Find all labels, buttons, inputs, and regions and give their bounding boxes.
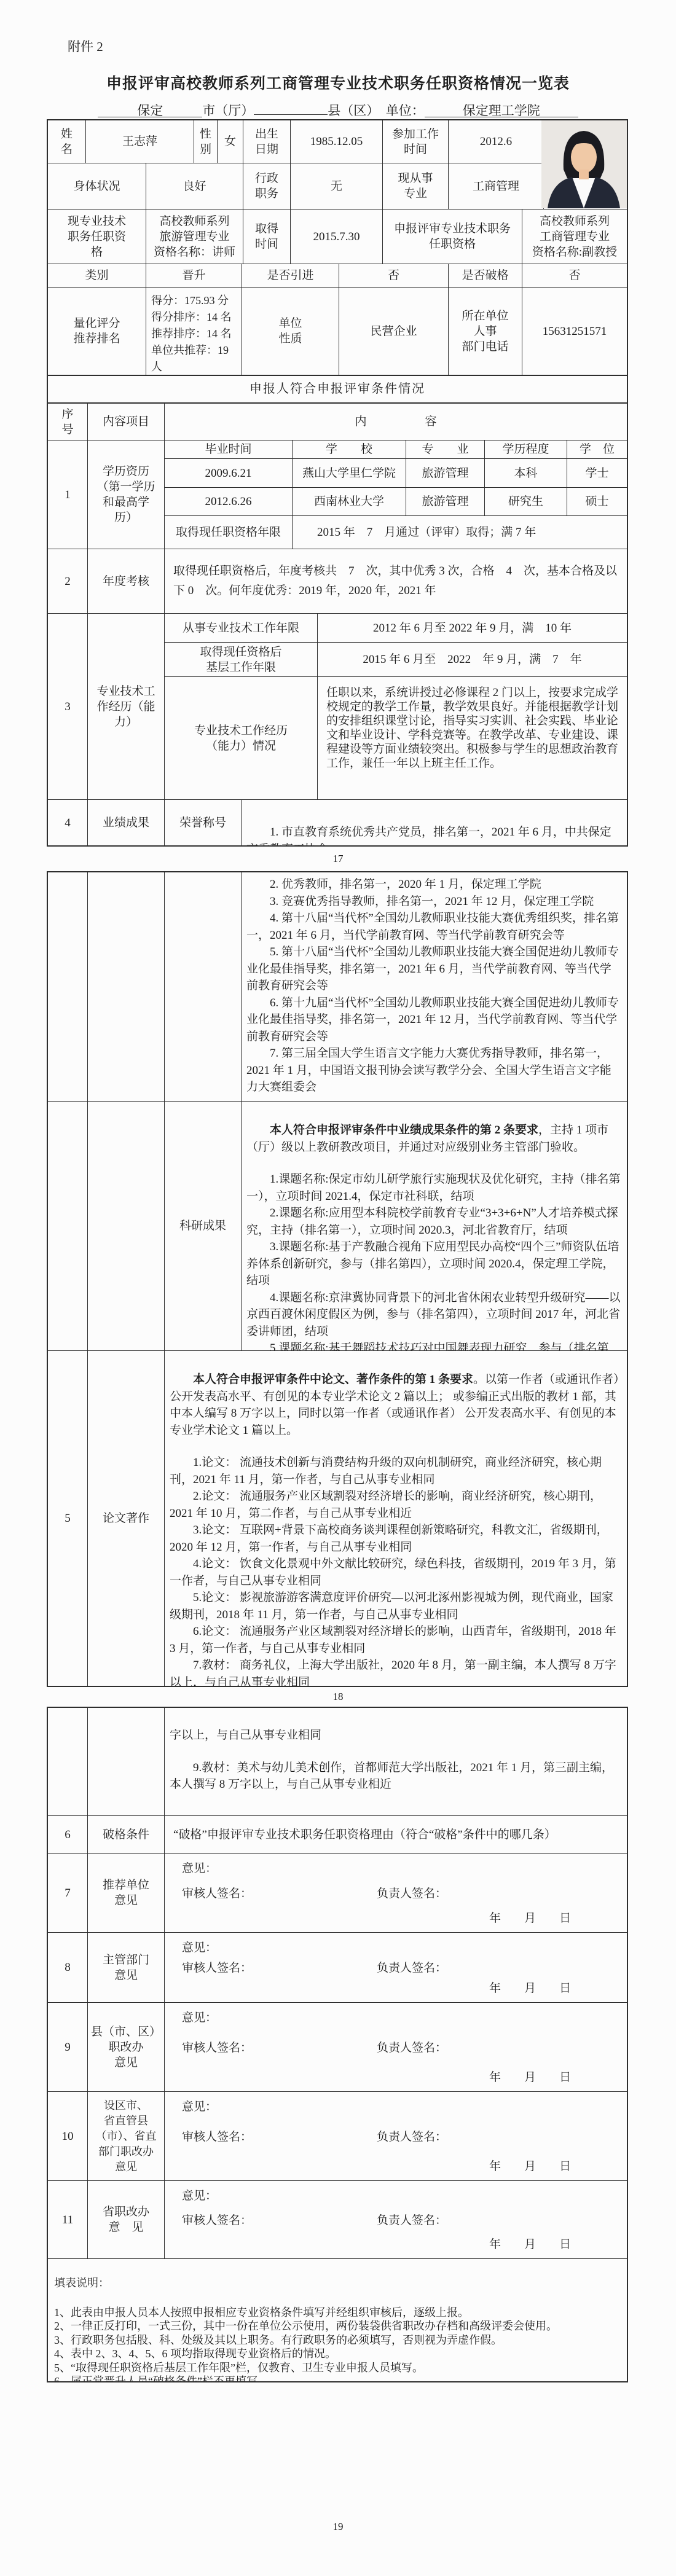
date-line: 年 月 日 [489, 2237, 627, 2252]
papers-cont-item: 9.教材：美术与幼儿美术创作，首都师范大学出版社，2021 年 1 月，第三副主… [170, 1760, 621, 1793]
document-page: 附件 2 申报评审高校教师系列工商管理专业技术职务任职资格情况一览表 保定市（厅… [0, 37, 676, 2533]
document-title: 申报评审高校教师系列工商管理专业技术职务任职资格情况一览表 [0, 71, 676, 93]
col-header-content: 内 容 [165, 404, 627, 440]
papers-cont-line: 字以上，与自己从事专业相同 [170, 1727, 621, 1744]
papers-items-list: 1.论文： 流通技术创新与消费结构升级的双向机制研究，商业经济研究，核心期刊，2… [170, 1454, 621, 1686]
applicant-photo [541, 120, 627, 208]
edu-row: 2012.6.26 西南林业大学 旅游管理 研究生 硕士 [165, 488, 627, 516]
import-value: 否 [339, 264, 449, 288]
papers-continuation-row: 字以上，与自己从事专业相同 9.教材：美术与幼儿美术创作，首都师范大学出版社，2… [48, 1708, 627, 1816]
name-label: 姓 名 [48, 120, 86, 163]
notes-cell: 填表说明： 1、此表由申报人员本人按照申报相应专业资格条件填写并经组织审核后，逐… [48, 2259, 627, 2381]
op9-label: 县（市、区） 职改办 意见 [88, 2003, 165, 2092]
row1-no: 1 [48, 440, 88, 549]
unit-label: 单位： [386, 103, 425, 118]
category-label: 类别 [48, 264, 146, 288]
break-value: 否 [522, 264, 627, 288]
research-intro-bold: 本人符合申报评审条件中业绩成果条件的第 2 条要求 [270, 1124, 538, 1137]
edu-header-degree-level: 学历程度 [485, 440, 567, 459]
research-label: 科研成果 [165, 1102, 242, 1351]
leader-signature-label: 负责人签名： [377, 2129, 447, 2145]
date-line: 年 月 日 [489, 1981, 627, 1996]
edu-header-major: 专 业 [406, 440, 485, 459]
edu1-school: 燕山大学里仁学院 [293, 459, 406, 488]
health-label: 身体状况 [48, 163, 146, 209]
hr-phone-label: 所在单位 人事 部门电话 [449, 288, 522, 376]
row2-no: 2 [48, 549, 88, 614]
score-rank-label: 量化评分 推荐排名 [48, 288, 146, 376]
admin-label: 行政 职务 [243, 163, 291, 209]
op8-no: 8 [48, 1933, 88, 2003]
county-suffix: 县（区） [328, 103, 373, 118]
unit-nature-label: 单位 性质 [242, 288, 339, 376]
break-label: 是否破格 [449, 264, 522, 288]
notes-title: 填表说明： [54, 2276, 619, 2290]
research-row: 科研成果 本人符合申报评审条件中业绩成果条件的第 2 条要求，主持 1 项市（厅… [48, 1102, 627, 1351]
op8-content: 意见： 审核人签名： 负责人签名： 年 月 日 [165, 1933, 627, 2003]
op10-no: 10 [48, 2092, 88, 2181]
reviewer-signature-label: 审核人签名： [182, 1960, 377, 1976]
honor-label: 荣誉称号 [165, 800, 242, 845]
empty-no-cell [48, 872, 88, 1102]
apply-qualification-label: 申报评审专业技术职务 任职资格 [383, 209, 522, 264]
conditions-section-title: 申报人符合申报评审条件情况 [48, 376, 627, 404]
unit-underline: 保定理工学院 [425, 101, 578, 117]
row6-no: 6 [48, 1816, 88, 1854]
op7-no: 7 [48, 1854, 88, 1933]
condition-row-education: 1 学历资历 （第一学历 和最高学 历） 毕业时间 学 校 专 业 学历程度 学… [48, 440, 627, 549]
empty-item-cell [88, 872, 165, 1102]
empty-item-cell [88, 1708, 165, 1816]
edu1-major: 旅游管理 [406, 459, 485, 488]
opinion-row-county-office: 9 县（市、区） 职改办 意见 意见： 审核人签名： 负责人签名： 年 月 日 [48, 2003, 627, 2092]
op8-label: 主管部门 意见 [88, 1933, 165, 2003]
opinion-row-supervising-department: 8 主管部门 意见 意见： 审核人签名： 负责人签名： 年 月 日 [48, 1933, 627, 2003]
leader-signature-label: 负责人签名： [377, 2213, 447, 2228]
empty-honor-cell [165, 872, 242, 1102]
op11-label: 省职改办 意 见 [88, 2181, 165, 2259]
score-rank-values: 得分：175.93 分得分排序：14 名推荐排序：14 名单位共推荐：19人 [146, 288, 242, 376]
row4-no: 4 [48, 800, 88, 845]
obtain-time-label: 取得 时间 [243, 209, 291, 264]
exception-text: “破格”申报评审专业技术职务任职资格理由（符合“破格”条件中的哪几条） [165, 1816, 627, 1854]
reviewer-signature-label: 审核人签名： [182, 1886, 377, 1901]
name-value: 王志萍 [86, 120, 194, 163]
edu2-degree-level: 研究生 [485, 488, 567, 516]
row5-label: 论文著作 [88, 1351, 165, 1686]
honor-first-item: 1. 市直教育系统优秀共产党员，排名第一，2021 年 6 月，中共保定市委教育… [242, 800, 627, 845]
edu2-school: 西南林业大学 [293, 488, 406, 516]
apply-qualification-value: 高校教师系列 工商管理专业 资格名称:副教授 [522, 209, 627, 264]
op10-content: 意见： 审核人签名： 负责人签名： 年 月 日 [165, 2092, 627, 2181]
op10-label: 设区市、 省直管县 （市）、省直 部门职改办 意见 [88, 2092, 165, 2181]
location-line: 保定市（厅）县（区） 单位：保定理工学院 [0, 98, 676, 115]
opinion-label: 意见： [165, 2010, 627, 2026]
page-number-19: 19 [0, 2521, 676, 2533]
papers-row: 5 论文著作 本人符合申报评审条件中论文、著作条件的第 1 条要求。以第一作者（… [48, 1351, 627, 1686]
notes-row: 填表说明： 1、此表由申报人员本人按照申报相应专业资格条件填写并经组织审核后，逐… [48, 2259, 627, 2381]
city-underline: 保定 [98, 101, 202, 117]
edu2-degree: 硕士 [567, 488, 627, 516]
date-line: 年 月 日 [489, 1911, 627, 1926]
edu-header-time: 毕业时间 [165, 440, 293, 459]
honors-continuation-list: 2. 优秀教师，排名第一，2020 年 1 月，保定理工学院3. 竞赛优秀指导教… [242, 872, 627, 1102]
empty-no-cell [48, 1102, 88, 1351]
condition-row-achievements: 4 业绩成果 荣誉称号 1. 市直教育系统优秀共产党员，排名第一，2021 年 … [48, 800, 627, 845]
annual-review-text: 取得现任职资格后，年度考核共 7 次，其中优秀 3 次，合格 4 次，基本合格及… [165, 549, 627, 614]
reviewer-signature-label: 审核人签名： [182, 2213, 377, 2228]
page-number-18: 18 [0, 1687, 676, 1707]
birth-value: 1985.12.05 [291, 120, 383, 163]
op9-content: 意见： 审核人签名： 负责人签名： 年 月 日 [165, 2003, 627, 2092]
gender-value: 女 [218, 120, 243, 163]
county-blank-underline [254, 98, 328, 115]
base-years-value: 2015 年 6 月至 2022 年 9 月，满 7 年 [318, 643, 627, 677]
tenure-label: 取得现任职资格年限 [165, 516, 293, 549]
op11-no: 11 [48, 2181, 88, 2259]
base-years-label: 取得现任资格后 基层工作年限 [165, 643, 318, 677]
main-table-page3: 字以上，与自己从事专业相同 9.教材：美术与幼儿美术创作，首都师范大学出版社，2… [47, 1707, 628, 2382]
row4-label: 业绩成果 [88, 800, 165, 845]
birth-label: 出生 日期 [243, 120, 291, 163]
unit-nature-value: 民营企业 [339, 288, 449, 376]
opinion-row-province-office: 11 省职改办 意 见 意见： 审核人签名： 负责人签名： 年 月 日 [48, 2181, 627, 2259]
date-line: 年 月 日 [489, 2070, 627, 2085]
attachment-label: 附件 2 [68, 37, 676, 54]
main-table-page2: 2. 优秀教师，排名第一，2020 年 1 月，保定理工学院3. 竞赛优秀指导教… [47, 871, 628, 1687]
honor-item: 1. 市直教育系统优秀共产党员，排名第一，2021 年 6 月，中共保定市委教育… [246, 824, 621, 845]
condition-row-annual-review: 2 年度考核 取得现任职资格后，年度考核共 7 次，其中优秀 3 次，合格 4 … [48, 549, 627, 614]
edu2-major: 旅游管理 [406, 488, 485, 516]
tenure-value: 2015 年 7 月通过（评审）取得；满 7 年 [293, 516, 627, 549]
research-intro: 本人符合申报评审条件中业绩成果条件的第 2 条要求，主持 1 项市（厅）级以上教… [246, 1122, 621, 1156]
leader-signature-label: 负责人签名： [377, 1960, 447, 1976]
leader-signature-label: 负责人签名： [377, 2040, 447, 2056]
page-number-17: 17 [0, 847, 676, 871]
ability-text: 任职以来，系统讲授过必修课程 2 门以上，按要求完成学校规定的教学工作量，教学效… [318, 677, 627, 800]
research-items-list: 1.课题名称:保定市幼儿研学旅行实施现状及优化研究，主持（排名第一），立项时间 … [246, 1171, 621, 1351]
op7-label: 推荐单位 意见 [88, 1854, 165, 1933]
work-years-value: 2012 年 6 月至 2022 年 9 月，满 10 年 [318, 614, 627, 643]
basic-info-block: 姓 名 王志萍 性 别 女 出生 日期 1985.12.05 参加工作 时间 2… [48, 120, 627, 209]
empty-item-cell [88, 1102, 165, 1351]
main-table-page1: 姓 名 王志萍 性 别 女 出生 日期 1985.12.05 参加工作 时间 2… [47, 119, 628, 847]
col-header-item: 内容项目 [88, 404, 165, 440]
hr-phone-value: 15631251571 [522, 288, 627, 376]
row3-no: 3 [48, 614, 88, 800]
work-years-label: 从事专业技术工作年限 [165, 614, 318, 643]
reviewer-signature-label: 审核人签名： [182, 2129, 377, 2145]
category-value: 晋升 [146, 264, 242, 288]
col-header-no: 序 号 [48, 404, 88, 440]
row2-label: 年度考核 [88, 549, 165, 614]
opinion-label: 意见： [165, 2188, 627, 2204]
row1-label: 学历资历 （第一学历 和最高学 历） [88, 440, 165, 549]
edu-header-degree: 学 位 [567, 440, 627, 459]
op11-content: 意见： 审核人签名： 负责人签名： 年 月 日 [165, 2181, 627, 2259]
edu-header-school: 学 校 [293, 440, 406, 459]
current-qualification-value: 高校教师系列 旅游管理专业 资格名称：讲师 [146, 209, 243, 264]
join-value: 2012.6 [449, 120, 544, 163]
edu1-degree-level: 本科 [485, 459, 567, 488]
import-label: 是否引进 [242, 264, 339, 288]
current-qualification-label: 现专业技术 职务任职资 格 [48, 209, 146, 264]
major-label: 现从事 专业 [383, 163, 449, 209]
papers-intro-bold: 本人符合申报评审条件中论文、著作条件的第 1 条要求 [193, 1373, 473, 1386]
papers-continuation: 字以上，与自己从事专业相同 9.教材：美术与幼儿美术创作，首都师范大学出版社，2… [165, 1708, 627, 1816]
edu1-degree: 学士 [567, 459, 627, 488]
ability-label: 专业技术工作经历 （能力）情况 [165, 677, 318, 800]
papers-intro: 本人符合申报评审条件中论文、著作条件的第 1 条要求。以第一作者（或通讯作者）公… [170, 1371, 621, 1439]
row3-label: 专业技术工 作经历（能 力） [88, 614, 165, 800]
papers-content: 本人符合申报评审条件中论文、著作条件的第 1 条要求。以第一作者（或通讯作者）公… [165, 1351, 627, 1686]
gender-label: 性 别 [194, 120, 218, 163]
obtain-time-value: 2015.7.30 [291, 209, 383, 264]
opinion-label: 意见： [165, 1861, 627, 1876]
edu1-time: 2009.6.21 [165, 459, 293, 488]
op7-content: 意见： 审核人签名： 负责人签名： 年 月 日 [165, 1854, 627, 1933]
opinion-row-city-office: 10 设区市、 省直管县 （市）、省直 部门职改办 意见 意见： 审核人签名： … [48, 2092, 627, 2181]
honors-continuation-row: 2. 优秀教师，排名第一，2020 年 1 月，保定理工学院3. 竞赛优秀指导教… [48, 872, 627, 1102]
opinion-label: 意见： [165, 1940, 627, 1955]
row6-label: 破格条件 [88, 1816, 165, 1854]
opinion-label: 意见： [165, 2099, 627, 2115]
notes-list: 1、此表由申报人员本人按照申报相应专业资格条件填写并经组织审核后，逐级上报。2、… [54, 2306, 619, 2382]
research-content: 本人符合申报评审条件中业绩成果条件的第 2 条要求，主持 1 项市（厅）级以上教… [242, 1102, 627, 1351]
empty-no-cell [48, 1708, 88, 1816]
join-label: 参加工作 时间 [383, 120, 449, 163]
date-line: 年 月 日 [489, 2159, 627, 2174]
reviewer-signature-label: 审核人签名： [182, 2040, 377, 2056]
edu-row: 2009.6.21 燕山大学里仁学院 旅游管理 本科 学士 [165, 459, 627, 488]
edu2-time: 2012.6.26 [165, 488, 293, 516]
major-value: 工商管理 [449, 163, 544, 209]
health-value: 良好 [146, 163, 243, 209]
exception-row: 6 破格条件 “破格”申报评审专业技术职务任职资格理由（符合“破格”条件中的哪几… [48, 1816, 627, 1854]
leader-signature-label: 负责人签名： [377, 1886, 447, 1901]
opinion-row-recommending-unit: 7 推荐单位 意见 意见： 审核人签名： 负责人签名： 年 月 日 [48, 1854, 627, 1933]
city-suffix: 市（厅） [202, 103, 254, 118]
condition-row-experience: 3 专业技术工 作经历（能 力） 从事专业技术工作年限 2012 年 6 月至 … [48, 614, 627, 800]
op9-no: 9 [48, 2003, 88, 2092]
row5-no: 5 [48, 1351, 88, 1686]
portrait-photo-graphic [541, 120, 627, 208]
admin-value: 无 [291, 163, 383, 209]
